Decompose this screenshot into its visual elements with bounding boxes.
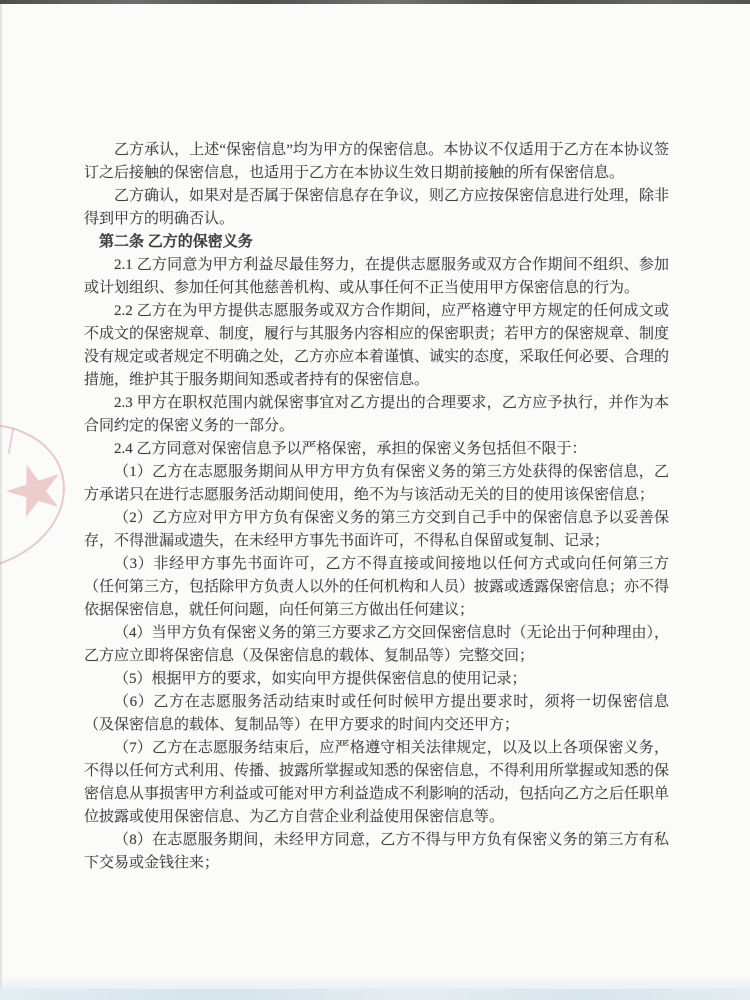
subclause-2: （2）乙方应对甲方甲方负有保密义务的第三方交到自己手中的保密信息予以妥善保存，不… xyxy=(84,507,669,553)
subclause-1: （1）乙方在志愿服务期间从甲方甲方负有保密义务的第三方处获得的保密信息，乙方承诺… xyxy=(84,461,669,507)
scan-top-edge-artifact xyxy=(0,0,750,4)
clause-2-3: 2.3 甲方在职权范围内就保密事宜对乙方提出的合理要求，乙方应予执行，并作为本合… xyxy=(84,392,669,438)
paragraph-confirmation: 乙方确认，如果对是否属于保密信息存在争议，则乙方应按保密信息进行处理，除非得到甲… xyxy=(84,185,669,231)
subclause-6: （6）乙方在志愿服务活动结束时或任何时候甲方提出要求时，须将一切保密信息（及保密… xyxy=(84,691,669,737)
subclause-4: （4）当甲方负有保密义务的第三方要求乙方交回保密信息时（无论出于何种理由），乙方… xyxy=(84,622,669,668)
section-heading-article-2: 第二条 乙方的保密义务 xyxy=(84,231,669,254)
clause-2-2: 2.2 乙方在为甲方提供志愿服务或双方合作期间，应严格遵守甲方规定的任何成文或不… xyxy=(84,300,669,392)
seal-text-fragment xyxy=(0,426,14,454)
scan-bottom-shadow xyxy=(0,975,750,989)
subclause-8: （8）在志愿服务期间，未经甲方同意，乙方不得与甲方负有保密义务的第三方有私下交易… xyxy=(84,829,669,875)
scan-bottom-edge-artifact xyxy=(0,989,750,1000)
clause-2-4: 2.4 乙方同意对保密信息予以严格保密，承担的保密义务包括但不限于： xyxy=(84,438,669,461)
contract-body-text: 乙方承认，上述“保密信息”均为甲方的保密信息。本协议不仅适用于乙方在本协议签订之… xyxy=(84,139,669,875)
subclause-3: （3）非经甲方事先书面许可，乙方不得直接或间接地以任何方式或向任何第三方（任何第… xyxy=(84,553,669,622)
seal-star-icon xyxy=(0,455,71,525)
seal-ring xyxy=(0,405,81,589)
subclause-5: （5）根据甲方的要求，如实向甲方提供保密信息的使用记录； xyxy=(84,668,669,691)
scanned-contract-page: 乙方承认，上述“保密信息”均为甲方的保密信息。本协议不仅适用于乙方在本协议签订之… xyxy=(0,0,750,1000)
paragraph-acknowledgement: 乙方承认，上述“保密信息”均为甲方的保密信息。本协议不仅适用于乙方在本协议签订之… xyxy=(84,139,669,185)
clause-2-1: 2.1 乙方同意为甲方利益尽最佳努力，在提供志愿服务或双方合作期间不组织、参加或… xyxy=(84,254,669,300)
scan-left-edge-artifact xyxy=(0,0,2,1000)
subclause-7: （7）乙方在志愿服务结束后，应严格遵守相关法律规定，以及以上各项保密义务，不得以… xyxy=(84,737,669,829)
